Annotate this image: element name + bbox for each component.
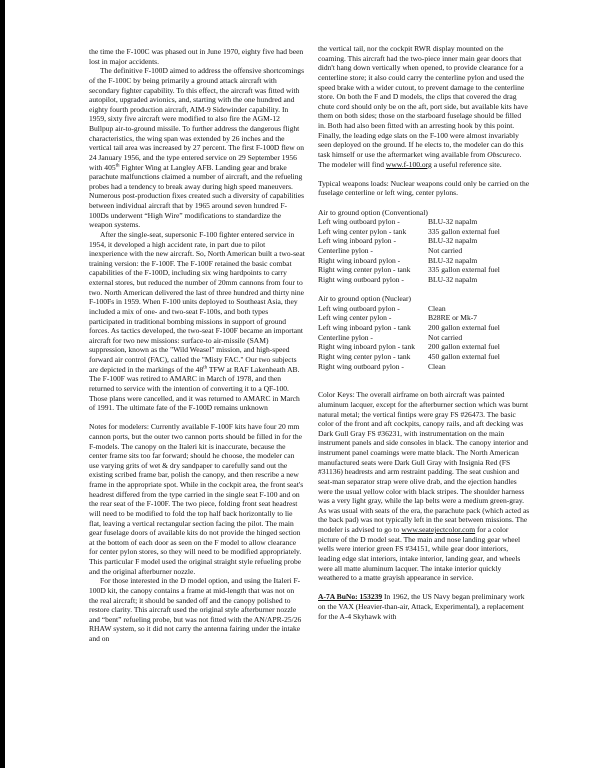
obscureco-text: Obscureco: [487, 150, 519, 159]
paragraph-d-model-option: For those interested in the D model opti…: [89, 576, 305, 643]
table-row: Right wing outboard pylon -Clean: [318, 362, 530, 372]
table-row: Centerline pylon -Not carried: [318, 333, 530, 343]
table-row: Left wing inboard pylon -BLU-32 napalm: [318, 236, 530, 246]
table-row: Left wing inboard pylon - tank200 gallon…: [318, 323, 530, 333]
a7a-heading: A-7A BuNo: 153239: [318, 592, 382, 601]
table-row: Left wing center pylon - tank335 gallon …: [318, 227, 530, 237]
scan-border: [0, 0, 5, 768]
f100-org-link[interactable]: www.f-100.org: [386, 160, 432, 169]
table-row: Centerline pylon -Not carried: [318, 246, 530, 256]
paragraph-f100d: The definitive F-100D aimed to address t…: [89, 66, 305, 230]
conventional-title: Air to ground option (Conventional): [318, 208, 530, 218]
table-row: Right wing inboard pylon - tank200 gallo…: [318, 342, 530, 352]
table-row: Left wing outboard pylon -BLU-32 napalm: [318, 217, 530, 227]
table-row: Right wing inboard pylon -BLU-32 napalm: [318, 256, 530, 266]
paragraph-details: the vertical tail, nor the cockpit RWR d…: [318, 44, 530, 169]
table-row: Right wing outboard pylon -BLU-32 napalm: [318, 275, 530, 285]
paragraph-color-keys: Color Keys: The overall airframe on both…: [318, 390, 530, 583]
paragraph-f100c-fate: the time the F-100C was phased out in Ju…: [89, 47, 305, 66]
table-row: Right wing center pylon - tank450 gallon…: [318, 352, 530, 362]
weapons-intro: Typical weapons loads: Nuclear weapons c…: [318, 179, 530, 198]
table-row: Left wing center pylon -B28RE or Mk-7: [318, 313, 530, 323]
table-row: Left wing outboard pylon -Clean: [318, 304, 530, 314]
table-row: Right wing center pylon - tank335 gallon…: [318, 265, 530, 275]
paragraph-f100f: After the single-seat, supersonic F-100 …: [89, 230, 305, 413]
seatejectcolor-link[interactable]: www.seatejectcolor.com: [401, 525, 475, 534]
conventional-loads-table: Left wing outboard pylon -BLU-32 napalm …: [318, 217, 530, 284]
right-column: the vertical tail, nor the cockpit RWR d…: [318, 44, 530, 621]
paragraph-notes-for-modelers: Notes for modelers: Currently available …: [89, 422, 305, 576]
paragraph-a7a: A-7A BuNo: 153239 In 1962, the US Navy b…: [318, 592, 530, 621]
nuclear-loads-table: Left wing outboard pylon -Clean Left win…: [318, 304, 530, 371]
nuclear-title: Air to ground option (Nuclear): [318, 294, 530, 304]
left-column: the time the F-100C was phased out in Ju…: [89, 47, 305, 644]
